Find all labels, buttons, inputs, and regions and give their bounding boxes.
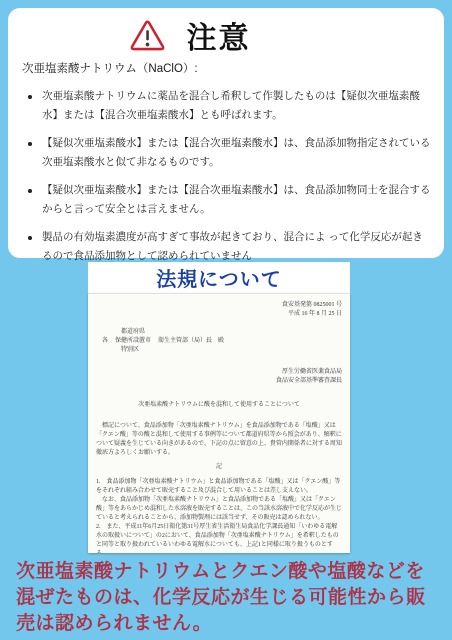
- regulation-title: 法規について: [88, 262, 350, 293]
- letter-sender-line: 食品安全部基準審査課長: [96, 377, 342, 386]
- caution-intro: 次亜塩素酸ナトリウム（NaClO）:: [22, 60, 434, 76]
- letter-addressee-prefix: 各: [102, 337, 108, 346]
- caution-header: 注意: [18, 14, 434, 56]
- letter-sender-line: 厚生労働省医薬食品局: [96, 368, 342, 377]
- caution-bullet: 【疑似次亜塩素酸水】または【混合次亜塩素酸水】は、食品添加物指定されている次亜塩…: [18, 134, 434, 172]
- letter-subject: 次亜塩素酸ナトリウムに酸を混和して使用することについて: [96, 401, 342, 410]
- caution-card: 注意 次亜塩素酸ナトリウム（NaClO）: 次亜塩素酸ナトリウムに薬品を混合し希…: [8, 8, 444, 258]
- caution-bullet: 製品の有効塩素濃度が高すぎて事故が起きており、混合によ って化学反応が起きるので…: [18, 228, 434, 266]
- letter-item: 1. 食品添加物「次亜塩素酸ナトリウム」と食品添加物である「塩酸」又は「クエン酸…: [96, 478, 342, 496]
- letter-items: 1. 食品添加物「次亜塩素酸ナトリウム」と食品添加物である「塩酸」又は「クエン酸…: [96, 478, 342, 553]
- regulation-document-figure: 法規について 食安基発第 0825001 号 平成 16 年 8 月 25 日 …: [88, 262, 350, 553]
- warning-triangle-icon: [130, 20, 165, 51]
- letter-addressee-block: 各 都道府県 保健所設置市 特別区 衛生主管部（局）長 殿: [102, 328, 342, 355]
- letter-body: 標記について、食品添加物「次亜塩素酸ナトリウム」を食品添加物である「塩酸」又は「…: [96, 422, 342, 458]
- letter-addressee-suffix: 衛生主管部（局）長 殿: [158, 337, 224, 346]
- official-letter-image: 食安基発第 0825001 号 平成 16 年 8 月 25 日 各 都道府県 …: [88, 293, 350, 553]
- caution-title: 注意: [187, 13, 251, 57]
- caution-bullet: 【疑似次亜塩素酸水】または【混合次亜塩素酸水】は、食品添加物同士を混合するからと…: [18, 181, 434, 219]
- notice-page: 注意 次亜塩素酸ナトリウム（NaClO）: 次亜塩素酸ナトリウムに薬品を混合し希…: [0, 0, 452, 640]
- letter-doc-number: 食安基発第 0825001 号: [96, 301, 342, 310]
- letter-addressee-line: 保健所設置市: [115, 337, 151, 346]
- letter-item: なお、食品添加物「次亜塩素酸ナトリウム」と食品添加物である「塩酸」又は「クエン酸…: [96, 496, 342, 523]
- letter-record-marker: 記: [96, 463, 342, 472]
- footer-warning-text: 次亜塩素酸ナトリウムとクエン酸や塩酸などを混ぜたものは、化学反応が生じる可能性か…: [16, 559, 440, 637]
- letter-addressee-line: 特別区: [115, 346, 151, 355]
- letter-date: 平成 16 年 8 月 25 日: [96, 310, 342, 319]
- letter-addressee-line: 都道府県: [115, 328, 151, 337]
- letter-item: 2. また、平成11年6月25日衛化第31号厚生省生活衛生局食品化学課長通知「い…: [96, 523, 342, 553]
- caution-bullet: 次亜塩素酸ナトリウムに薬品を混合し希釈して作製したものは【疑似次亜塩素酸水】また…: [18, 87, 434, 125]
- letter-addressee-stack: 都道府県 保健所設置市 特別区: [115, 328, 151, 355]
- caution-bullet-list: 次亜塩素酸ナトリウムに薬品を混合し希釈して作製したものは【疑似次亜塩素酸水】また…: [18, 87, 434, 266]
- letter-sender-block: 厚生労働省医薬食品局 食品安全部基準審査課長: [96, 368, 342, 386]
